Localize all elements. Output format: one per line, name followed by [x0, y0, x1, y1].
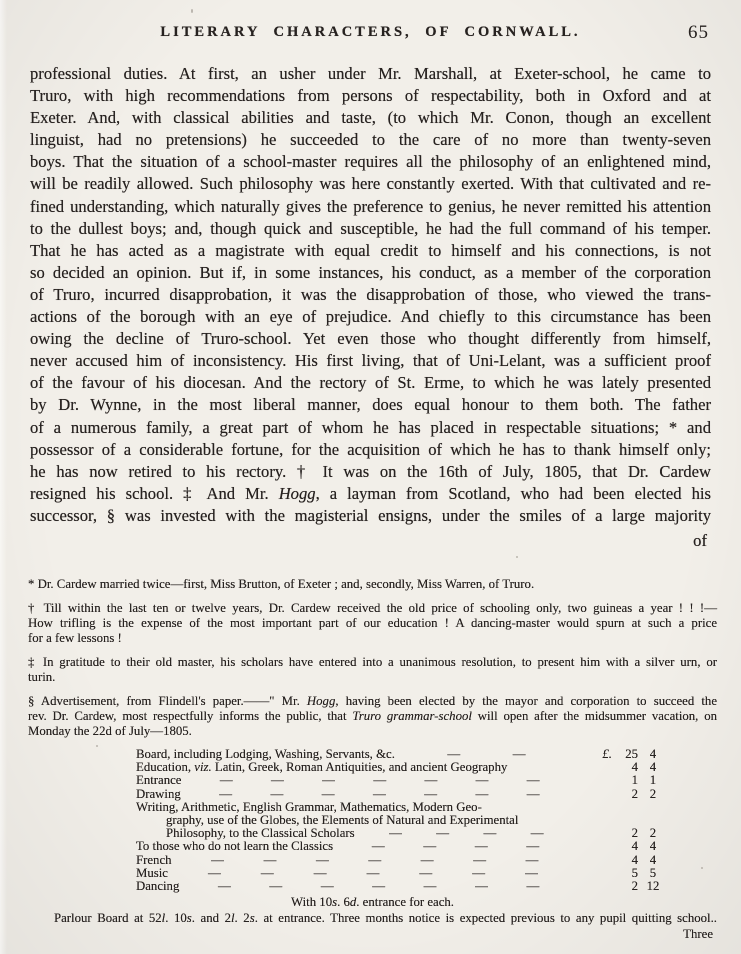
footnote-line: § Advertisement, from Flindell's paper.—…: [28, 694, 717, 709]
fee-pounds: 2: [612, 880, 638, 893]
dash-glyph: —: [526, 840, 539, 853]
fee-amount-line: Education, viz. Latin, Greek, Roman Anti…: [136, 761, 668, 774]
dash-glyph: —: [424, 788, 437, 801]
fee-row: Drawing———————22: [136, 788, 668, 801]
fee-amount-line: To those who do not learn the Classics——…: [136, 840, 668, 853]
dash-glyph: —: [373, 788, 386, 801]
page-header: LITERARY CHARACTERS, OF CORNWALL. 65: [0, 24, 741, 50]
dash-glyph: —: [526, 854, 539, 867]
dash-glyph: —: [421, 854, 434, 867]
dash-glyph: —: [473, 854, 486, 867]
fee-amount-line: Music———————55: [136, 867, 668, 880]
dash-glyph: —: [322, 774, 335, 787]
body-line: of the favour of his diocesan. And the r…: [30, 372, 711, 394]
body-line: to the dullest boys; and, though quick a…: [30, 218, 711, 240]
footnote: † Till within the last ten or twelve yea…: [28, 601, 717, 646]
fee-shillings: 1: [638, 774, 668, 787]
dash-glyph: —: [476, 774, 489, 787]
dash-glyph: —: [322, 788, 335, 801]
footnote-line: turin.: [28, 670, 717, 685]
fee-shillings: 4: [638, 840, 668, 853]
dash-glyph: —: [424, 774, 437, 787]
ink-speck: [96, 745, 98, 747]
fee-label: Dancing: [136, 880, 179, 893]
dash-glyph: —: [424, 880, 437, 893]
fee-amount-line: Drawing———————22: [136, 788, 668, 801]
fee-row: French———————44: [136, 854, 668, 867]
body-line: resigned his school. ‡ And Mr. Hogg, a l…: [30, 483, 711, 505]
fee-label: Drawing: [136, 788, 181, 801]
fee-row: Entrance———————11: [136, 774, 668, 787]
footnote: ‡ In gratitude to their old master, his …: [28, 655, 717, 685]
dash-glyph: —: [219, 788, 232, 801]
fee-pounds: 1: [612, 774, 638, 787]
dash-glyph: —: [436, 827, 449, 840]
footnote: * Dr. Cardew married twice—first, Miss B…: [28, 577, 717, 592]
fee-row: Education, viz. Latin, Greek, Roman Anti…: [136, 761, 668, 774]
dash-glyph: —: [475, 788, 488, 801]
dash-glyph: —: [269, 880, 282, 893]
footnotes-section: * Dr. Cardew married twice—first, Miss B…: [28, 577, 717, 942]
fee-currency: £.: [592, 748, 612, 761]
fee-pounds: 4: [612, 854, 638, 867]
body-line: possessor of a considerable fortune, for…: [30, 439, 711, 461]
dash-glyph: —: [423, 840, 436, 853]
fee-label: French: [136, 854, 172, 867]
dash-glyph: —: [372, 840, 385, 853]
dash-glyph: —: [389, 827, 402, 840]
footnote-line: How trifling is the expense of the most …: [28, 616, 717, 631]
fee-amount-line: Dancing———————212: [136, 880, 668, 893]
dash-glyph: —: [372, 880, 385, 893]
dash-glyph: —: [475, 840, 488, 853]
fee-row: Writing, Arithmetic, English Grammar, Ma…: [136, 801, 668, 841]
footnote-line: ‡ In gratitude to their old master, his …: [28, 655, 717, 670]
fee-label: Entrance: [136, 774, 181, 787]
ink-speck: [191, 9, 193, 13]
dash-glyph: —: [368, 854, 381, 867]
page-number: 65: [688, 22, 709, 44]
body-line: so decided an opinion. But if, in some i…: [30, 262, 711, 284]
dash-glyph: —: [373, 774, 386, 787]
fee-label: To those who do not learn the Classics: [136, 840, 333, 853]
dash-glyph: —: [527, 774, 540, 787]
body-paragraph: professional duties. At first, an usher …: [30, 63, 711, 527]
catchword: Three: [28, 927, 717, 942]
ink-speck: [701, 867, 703, 869]
dash-glyph: —: [220, 774, 233, 787]
ink-speck: [516, 556, 518, 558]
footnote-line: for a few lessons !: [28, 631, 717, 646]
terms-line: Parlour Board at 52l. 10s. and 2l. 2s. a…: [28, 911, 717, 926]
fee-pounds: 4: [612, 840, 638, 853]
body-line: actions of the borough with an eye of pr…: [30, 306, 711, 328]
body-line: owing the decline of Truro-school. Yet e…: [30, 328, 711, 350]
dash-glyph: —: [218, 880, 231, 893]
footnote-line: † Till within the last ten or twelve yea…: [28, 601, 717, 616]
body-line: linguist, had no pretensions) he succeed…: [30, 129, 711, 151]
dash-glyph: —: [513, 748, 526, 761]
dash-glyph: —: [271, 774, 284, 787]
fee-row: Dancing———————212: [136, 880, 668, 893]
body-line: fined understanding, which naturally giv…: [30, 196, 711, 218]
footnote-line: rev. Dr. Cardew, most respectfully infor…: [28, 709, 717, 724]
fee-shillings: 12: [638, 880, 668, 893]
fee-table: Board, including Lodging, Washing, Serva…: [136, 748, 668, 893]
fee-row: To those who do not learn the Classics——…: [136, 840, 668, 853]
fee-dash-leader: ———————: [181, 788, 578, 801]
fee-dash-leader: ———————: [181, 774, 578, 787]
body-line: Truro, with high recommendations from pe…: [30, 85, 711, 107]
running-title: LITERARY CHARACTERS, OF CORNWALL.: [0, 24, 741, 41]
body-line: Exeter. And, with classical abilities an…: [30, 107, 711, 129]
dash-glyph: —: [316, 854, 329, 867]
body-line: of Truro, incurred disapprobation, it wa…: [30, 284, 711, 306]
fee-dash-leader: ———————: [172, 854, 578, 867]
dash-glyph: —: [321, 880, 334, 893]
body-line: of a numerous family, a great part of wh…: [30, 417, 711, 439]
dash-glyph: —: [527, 880, 540, 893]
body-line: boys. That the situation of a school-mas…: [30, 151, 711, 173]
fee-pounds: 2: [612, 788, 638, 801]
fee-amount-line: French———————44: [136, 854, 668, 867]
dash-glyph: —: [211, 854, 224, 867]
body-line: That he has acted as a magistrate with e…: [30, 240, 711, 262]
dash-glyph: —: [527, 788, 540, 801]
footnote-line: Monday the 22d of July—1805.: [28, 724, 717, 739]
fee-shillings: 4: [638, 854, 668, 867]
body-line: he has now retired to his rectory. † It …: [30, 461, 711, 483]
fee-shillings: 2: [638, 788, 668, 801]
footnote-line: * Dr. Cardew married twice—first, Miss B…: [28, 577, 717, 592]
fee-amount-line: Entrance———————11: [136, 774, 668, 787]
entrance-note: With 10s. 6d. entrance for each.: [28, 895, 717, 910]
fee-row: Music———————55: [136, 867, 668, 880]
dash-glyph: —: [475, 880, 488, 893]
fee-dash-leader: ————: [333, 840, 578, 853]
body-line: professional duties. At first, an usher …: [30, 63, 711, 85]
footnote: § Advertisement, from Flindell's paper.—…: [28, 694, 717, 739]
scanned-book-page: LITERARY CHARACTERS, OF CORNWALL. 65 pro…: [0, 0, 741, 954]
body-line: will be readily allowed. Such philosophy…: [30, 173, 711, 195]
body-line: successor, § was invested with the magis…: [30, 505, 711, 527]
fee-dash-leader: ———————: [179, 880, 578, 893]
dash-glyph: —: [264, 854, 277, 867]
fee-dash-leader: ————: [355, 827, 578, 840]
body-line: never accused him of inconsistency. His …: [30, 350, 711, 372]
dash-glyph: —: [270, 788, 283, 801]
catchword: of: [693, 531, 707, 551]
body-line: by Dr. Wynne, in the most liberal manner…: [30, 394, 711, 416]
